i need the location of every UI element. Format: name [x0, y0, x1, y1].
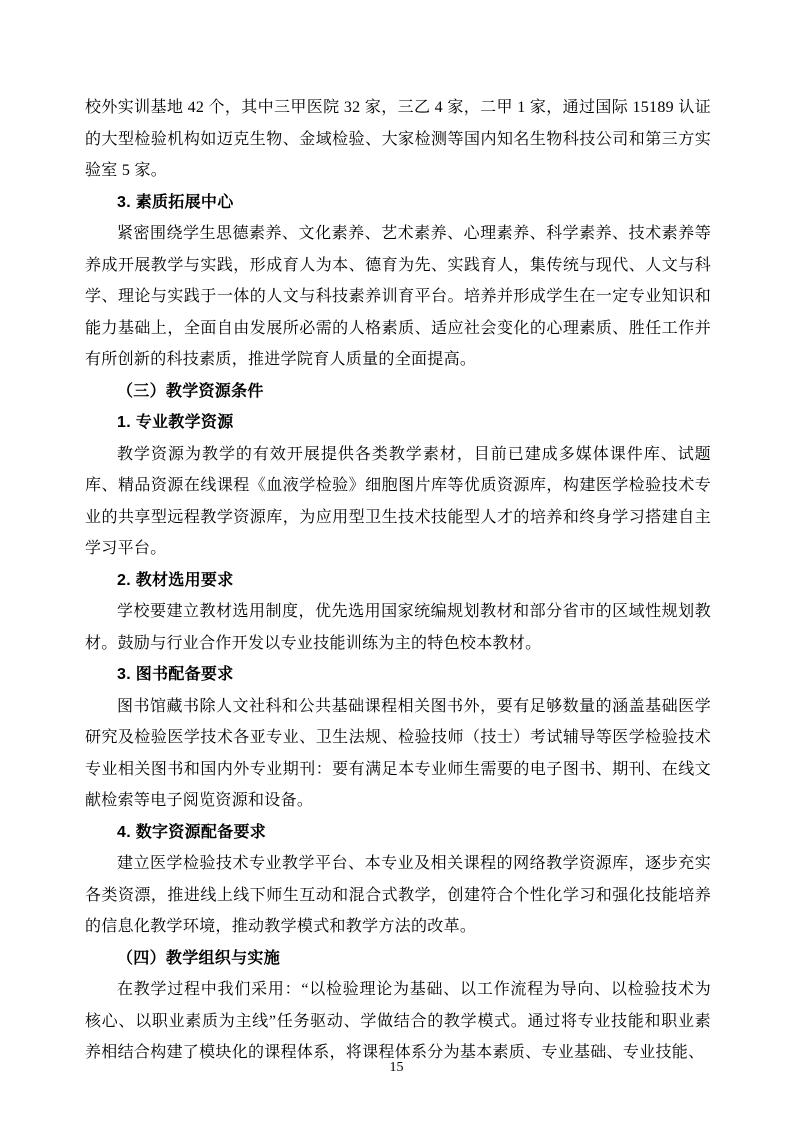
paragraph-quality-center: 紧密围绕学生思德素养、文化素养、艺术素养、心理素养、科学素养、技术素养等养成开展…: [85, 218, 711, 376]
section-heading-teaching-resources: （三）教学资源条件: [85, 376, 711, 408]
paragraph-teaching-organization: 在教学过程中我们采用：“以检验理论为基础、以工作流程为导向、以检验技术为核心、以…: [85, 974, 711, 1069]
section-heading-digital-resources: 4. 数字资源配备要求: [85, 817, 711, 849]
section-heading-professional-resources: 1. 专业教学资源: [85, 407, 711, 439]
page-number: 15: [0, 1060, 793, 1076]
section-heading-library-requirements: 3. 图书配备要求: [85, 659, 711, 691]
section-heading-teaching-organization: （四）教学组织与实施: [85, 943, 711, 975]
section-heading-quality-center: 3. 素质拓展中心: [85, 187, 711, 219]
paragraph-textbook-selection: 学校要建立教材选用制度，优先选用国家统编规划教材和部分省市的区域性规划教材。鼓励…: [85, 596, 711, 659]
paragraph-professional-resources: 教学资源为教学的有效开展提供各类教学素材，目前已建成多媒体课件库、试题库、精品资…: [85, 439, 711, 565]
document-body: 校外实训基地 42 个，其中三甲医院 32 家，三乙 4 家，二甲 1 家，通过…: [85, 92, 711, 1069]
paragraph-digital-resources: 建立医学检验技术专业教学平台、本专业及相关课程的网络教学资源库，逐步充实各类资漂…: [85, 848, 711, 943]
section-heading-textbook-selection: 2. 教材选用要求: [85, 565, 711, 597]
paragraph-library-requirements: 图书馆藏书除人文社科和公共基础课程相关图书外，要有足够数量的涵盖基础医学研究及检…: [85, 691, 711, 817]
document-page: 校外实训基地 42 个，其中三甲医院 32 家，三乙 4 家，二甲 1 家，通过…: [0, 0, 793, 1122]
paragraph-training-bases: 校外实训基地 42 个，其中三甲医院 32 家，三乙 4 家，二甲 1 家，通过…: [85, 92, 711, 187]
